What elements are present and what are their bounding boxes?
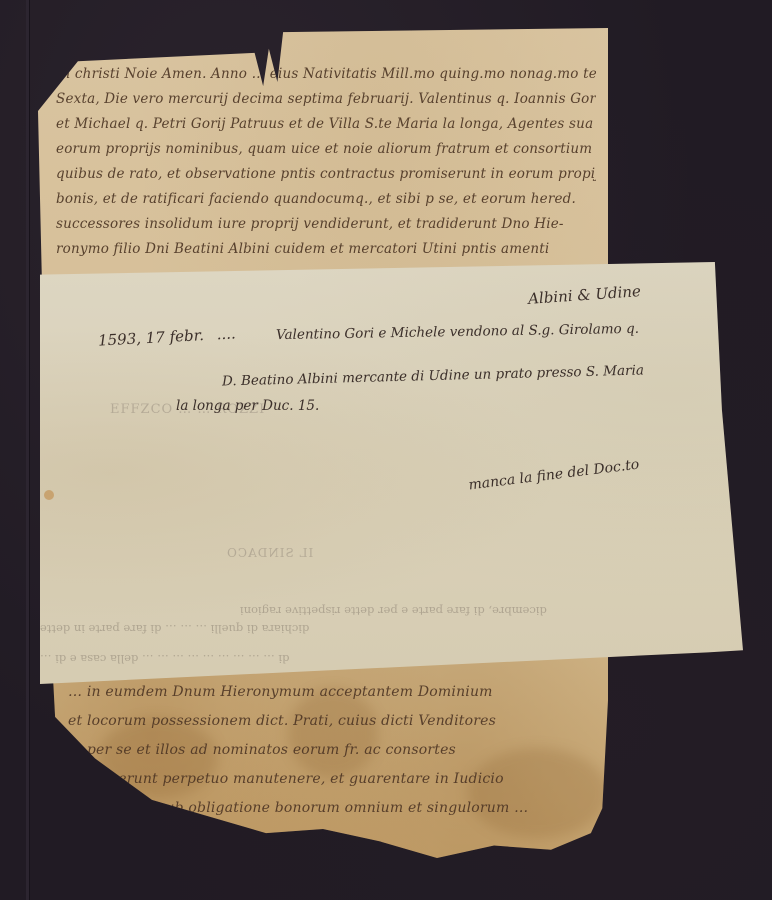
manuscript-line: eorum proprijs nominibus, quam uice et n… — [56, 137, 596, 162]
manuscript-line: successores insolidum iure proprij vendi… — [56, 212, 596, 237]
manuscript-line: Sexta, Die vero mercurij decima septima … — [56, 87, 596, 112]
bleed-through-line: di … … … … … … … … … della casa e di … — [40, 652, 290, 666]
foxing-spot — [44, 490, 54, 500]
note-line: D. Beatino Albini mercante di Udine un p… — [222, 362, 644, 389]
note-date: 1593, 17 febr. .... — [98, 324, 237, 349]
archival-note-slip: EFFZCO … … ROZZI IL SINDACO dicembre, di… — [40, 262, 743, 684]
manuscript-top-text: In christi Noie Amen. Anno … eius Nativi… — [56, 62, 596, 262]
manuscript-line: et locorum possessionem dict. Prati, cui… — [68, 707, 588, 736]
binding-spine — [26, 0, 29, 900]
note-line: la longa per Duc. 15. — [176, 398, 319, 414]
manuscript-line: ronymo filio Dni Beatini Albini cuidem e… — [56, 237, 596, 262]
manuscript-line: … per se et illos ad nominatos eorum fr.… — [68, 736, 588, 765]
reversed-stamp-bleed: IL SINDACO — [226, 546, 313, 560]
bleed-through-line: dicembre, di fare parte e per dette risp… — [240, 604, 547, 618]
note-ellipsis: .... — [216, 324, 236, 343]
note-date-value: 1593, 17 febr. — [98, 326, 205, 350]
manuscript-line: quibus de rato, et observatione pntis co… — [56, 162, 596, 187]
manuscript-line: … in eumdem Dnum Hieronymum acceptantem … — [68, 678, 588, 707]
manuscript-line: promiserunt perpetuo manutenere, et guar… — [68, 765, 588, 794]
note-header: Albini & Udine — [528, 282, 642, 308]
manuscript-line: In christi Noie Amen. Anno … eius Nativi… — [56, 62, 596, 87]
manuscript-line: et Michael q. Petri Gorij Patruus et de … — [56, 112, 596, 137]
note-line: Valentino Gori e Michele vendono al S.g.… — [276, 321, 639, 343]
bleed-through-line: dichiara di quelli … … … di fare parte i… — [40, 622, 309, 636]
manuscript-line: bonis, et de ratificari faciendo quandoc… — [56, 187, 596, 212]
note-remark: manca la fine del Doc.to — [468, 457, 640, 494]
